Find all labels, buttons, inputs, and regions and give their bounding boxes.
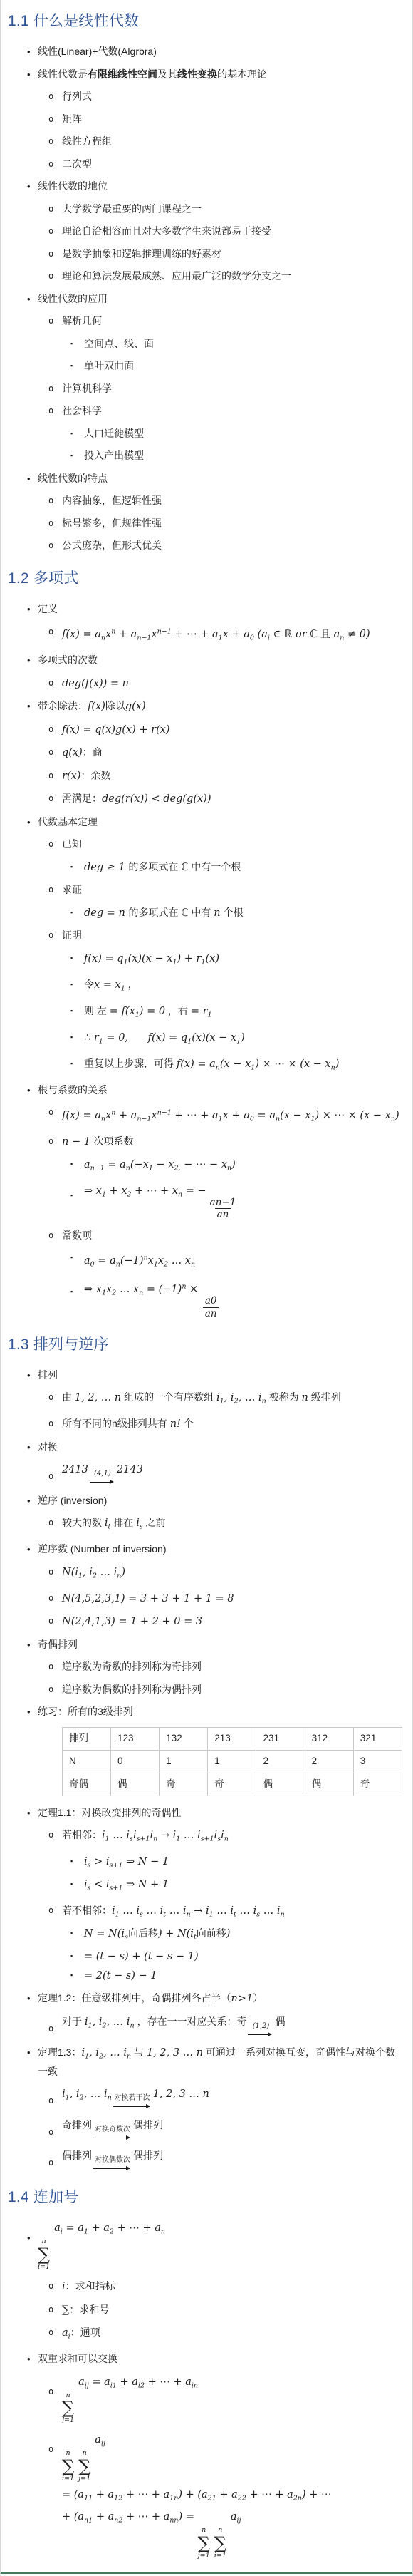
square-bullet-icon: ▪	[70, 1056, 73, 1071]
circle-bullet-icon: o	[48, 224, 53, 239]
bullet-icon: •	[27, 1440, 31, 1455]
table-cell: 1	[160, 1750, 208, 1773]
circle-bullet-icon: o	[48, 1565, 53, 1580]
math-text: ) + N(i	[158, 1928, 194, 1939]
list-item: o计算机科学	[8, 381, 402, 396]
table-cell: 排列	[63, 1727, 111, 1750]
list-item: o逆序数为奇数的排列称为奇排列	[8, 1659, 402, 1674]
math-subscript: n−1	[137, 1115, 151, 1123]
math-formula: i1, i2, … in	[85, 2016, 135, 2028]
math-text: a	[78, 2376, 85, 2388]
text: 定理1.1：对换改变排列的奇偶性	[38, 1807, 181, 1818]
bullet-icon: •	[27, 815, 31, 830]
arrow-label: 对换若干次	[113, 2094, 152, 2103]
text: 与	[131, 2046, 147, 2058]
math-formula: ∑	[62, 2304, 69, 2316]
text: ：通项	[70, 2327, 100, 2338]
circle-bullet-icon: o	[48, 1828, 53, 1843]
square-bullet-icon: ▪	[70, 1004, 73, 1019]
text: 的多项式在	[128, 907, 181, 918]
circle-bullet-icon: o	[48, 722, 53, 737]
text: 理论和算法发展最成熟、应用最广泛的数学分支之一	[62, 270, 291, 282]
text: 标号繁多，但规律性强	[62, 517, 162, 529]
math-text: x	[105, 629, 111, 640]
math-text: f(x)	[88, 701, 105, 712]
circle-bullet-icon: o	[48, 314, 53, 329]
circle-bullet-icon: o	[48, 2125, 53, 2140]
math-text: a	[95, 2434, 101, 2446]
math-text: (x − x	[220, 1058, 251, 1070]
math-formula: i1, i2, … in	[62, 2088, 112, 2100]
circle-bullet-icon: o	[48, 381, 53, 396]
text: 已知	[62, 838, 82, 850]
arrow-label: (4,1)	[93, 1470, 113, 1479]
math-text: … x	[116, 1284, 139, 1295]
table-cell: 偶	[256, 1773, 305, 1796]
math-formula: deg(r(x)) < deg(g(x))	[102, 793, 211, 805]
right-arrow-icon	[93, 2165, 132, 2172]
math-formula: is	[136, 1518, 143, 1529]
square-bullet-icon: ▪	[70, 860, 73, 875]
math-formula: = r1	[191, 1006, 212, 1017]
list-item: of(x) = anxn + an−1xn−1 + ⋯ + a1x + a0 (…	[8, 624, 402, 646]
text: 带余除法：	[38, 700, 88, 711]
text: 奇排列	[62, 2119, 92, 2131]
arrow-label: 对换偶数次	[93, 2156, 132, 2165]
math-formula: 1, 2, 3 … n	[153, 2088, 209, 2100]
list-item: ▪= (t − s) + (t − s − 1)	[8, 1949, 402, 1964]
math-text: a	[205, 1308, 211, 1319]
math-formula: 2413	[62, 1464, 88, 1475]
math-text: x	[148, 1255, 154, 1267]
circle-bullet-icon: o	[48, 493, 53, 508]
math-subscript: n	[280, 1910, 284, 1918]
math-formula: q(x)	[62, 747, 83, 758]
circle-bullet-icon: o	[48, 134, 53, 149]
math-text: ⇒ x	[84, 1284, 102, 1295]
text: 代数基本定理	[38, 816, 98, 828]
math-subscript: s+1	[110, 1862, 123, 1870]
list-item: o内容抽象，但逻辑性强	[8, 493, 402, 508]
math-text: = 2(t − s) − 1	[84, 1970, 157, 1982]
math-text: (x)(x − x	[128, 953, 173, 964]
math-formula: = (a11 + a12 + ⋯ + a1n) + (a21 + a22 + ⋯…	[62, 2489, 331, 2500]
list-item: ▪is > is+1 ⇒ N − 1	[8, 1854, 402, 1873]
list-item: o对于 i1, i2, … in ，存在一一对应关系：奇(1,2)偶	[8, 2014, 402, 2038]
list-item: •定理1.2：任意级排列中，奇偶排列各占半（n>1）	[8, 1991, 402, 2006]
math-formula: n	[214, 907, 220, 919]
math-formula: ai = a1 + a2 + ⋯ + an	[54, 2222, 165, 2234]
sigma-icon: ∑	[214, 2535, 226, 2552]
list-item: •根与系数的关系	[8, 1083, 402, 1098]
labeled-arrow: (1,2)	[248, 2022, 273, 2038]
text: 线性(Linear)+代数(Algrbra)	[38, 46, 157, 57]
math-text: … i	[260, 1905, 280, 1917]
text: 排列	[38, 1369, 58, 1381]
math-formula: is > is+1 ⇒ N − 1	[84, 1856, 169, 1867]
math-formula: = f(x1) = 0	[110, 1006, 165, 1017]
math-text: , i	[89, 2047, 99, 2059]
text: 解析几何	[62, 315, 102, 326]
text: ：商	[83, 746, 103, 758]
math-formula: aij	[95, 2434, 105, 2446]
math-text: + ⋯ + a	[172, 1110, 219, 1121]
text: 双重求和可以交换	[38, 2353, 117, 2364]
sigma-sum: n∑j=1	[198, 2527, 210, 2560]
square-bullet-icon: ▪	[70, 1030, 73, 1045]
math-subscript: ij	[237, 2517, 241, 2525]
math-formula: deg(f(x)) = n	[62, 678, 129, 689]
math-text: = (−1)	[143, 1284, 182, 1295]
list-item: oai：通项	[8, 2325, 402, 2344]
circle-bullet-icon: o	[48, 1416, 53, 1431]
math-subscript: ij	[101, 2440, 105, 2448]
list-item: ▪∴ r1 = 0, f(x) = q1(x)(x − x1)	[8, 1030, 402, 1049]
math-text: (a	[254, 629, 268, 640]
math-subscript: n−1	[137, 634, 151, 642]
list-item: o常数项	[8, 1228, 402, 1243]
table-cell: 奇偶	[63, 1773, 111, 1796]
math-formula: n!	[170, 1418, 181, 1430]
list-item: o矩阵	[8, 112, 402, 127]
math-text: x + a	[223, 1110, 250, 1121]
square-bullet-icon: ▪	[70, 336, 73, 351]
math-text: n − 1	[62, 1136, 94, 1148]
sigma-sum: n∑j=1	[78, 2450, 90, 2483]
math-subscript: 0	[211, 1295, 217, 1307]
list-item: ▪⇒ x1 + x2 + ⋯ + xn = −an−1an	[8, 1183, 402, 1220]
math-text: + a	[216, 2489, 238, 2500]
math-text: − x	[153, 1159, 174, 1170]
list-item: •线性(Linear)+代数(Algrbra)	[8, 44, 402, 59]
math-text: … i	[110, 1830, 130, 1841]
sigma-icon: ∑	[78, 2458, 90, 2475]
table-cell: 123	[110, 1727, 159, 1750]
math-superscript: n−1	[157, 1108, 172, 1116]
right-arrow-icon	[93, 2135, 132, 2141]
math-text: + a	[88, 2222, 110, 2234]
math-text: q(x)	[62, 747, 83, 758]
list-item: o由 1, 2, … n 组成的一个有序数组 i1, i2, … in 被称为 …	[8, 1390, 402, 1409]
bullet-icon: •	[27, 653, 31, 668]
math-text: → i	[191, 1905, 209, 1917]
text: 逆序数为奇数的排列称为奇排列	[62, 1661, 202, 1672]
bottom-border-bar	[1, 2572, 412, 2574]
list-item: •线性代数的应用	[8, 292, 402, 306]
list-item: on∑j=1aij = ai1 + ai2 + ⋯ + ain	[8, 2374, 402, 2425]
circle-bullet-icon: o	[48, 1515, 53, 1530]
section-heading: 1.1 什么是线性代数	[8, 11, 402, 31]
math-subscript: n	[224, 1835, 229, 1843]
square-bullet-icon: ▪	[70, 1968, 73, 1983]
math-formula: ) + N(it	[158, 1928, 197, 1939]
math-text: , i	[70, 2088, 80, 2100]
math-text: n	[301, 1392, 308, 1403]
text: 内容抽象，但逻辑性强	[62, 495, 162, 506]
text: 常数项	[62, 1230, 92, 1241]
math-text: … i	[214, 1905, 234, 1917]
circle-bullet-icon: o	[48, 1682, 53, 1697]
text: 重复以上步骤，可得	[84, 1058, 177, 1069]
math-formula: + (an1 + an2 + ⋯ + ann) =	[62, 2511, 198, 2523]
math-text: ∴ r	[84, 1032, 99, 1044]
list-item: •线性代数的特点	[8, 471, 402, 486]
text: 对换	[38, 1441, 58, 1453]
text: 中有一个根	[188, 861, 241, 872]
permutation-table: 排列123132213231312321N011223奇偶偶奇奇偶偶奇	[62, 1727, 402, 1796]
labeled-arrow: 对换若干次	[113, 2094, 152, 2110]
math-subscript: n	[223, 1209, 229, 1220]
math-text: + a	[117, 2376, 138, 2388]
math-text: + a	[115, 1110, 137, 1121]
math-formula: N = N(is	[84, 1928, 128, 1939]
text: 除以	[105, 700, 125, 711]
circle-bullet-icon: o	[48, 1228, 53, 1243]
math-text: g(x)	[125, 701, 146, 712]
math-subscript: s+1	[110, 1884, 123, 1892]
list-item: ▪⇒ x1x2 … xn = (−1)n × a0an	[8, 1279, 402, 1319]
text: 次项系数	[94, 1135, 134, 1147]
math-text: a	[210, 1197, 216, 1208]
math-formula: n>1	[231, 1993, 253, 2004]
list-item: •定义	[8, 602, 402, 617]
text: 向后移	[128, 1927, 158, 1939]
math-text: ) + ⋯	[302, 2489, 332, 2500]
circle-bullet-icon: o	[48, 403, 53, 418]
text: 及其	[157, 68, 177, 80]
math-text: = a	[254, 1110, 276, 1121]
math-subscript: n	[211, 1308, 217, 1319]
math-formula: )	[226, 1928, 231, 1939]
list-item: on∑i=1n∑j=1aij= (a11 + a12 + ⋯ + a1n) + …	[8, 2432, 402, 2560]
math-formula: i1 … isis+1in → i1 … is+1isin	[102, 1830, 229, 1841]
right-arrow-icon	[113, 2103, 152, 2110]
text: 逆序数 (Number of inversion)	[38, 1543, 167, 1555]
bullet-icon: •	[27, 179, 31, 194]
circle-bullet-icon: o	[48, 1469, 53, 1484]
list-item: o线性方程组	[8, 134, 402, 149]
math-formula: N(4,5,2,3,1) = 3 + 3 + 1 + 1 = 8	[62, 1593, 234, 1604]
math-text: + ⋯ + a	[145, 2376, 192, 2388]
text: 计算机科学	[62, 383, 112, 394]
circle-bullet-icon: o	[48, 1903, 53, 1918]
math-subscript: i2	[138, 2381, 145, 2389]
bullet-icon: •	[27, 1493, 31, 1508]
math-text: )	[231, 1159, 236, 1170]
table-cell: 偶	[305, 1773, 353, 1796]
list-item: o证明	[8, 928, 402, 943]
list-item: o逆序数为偶数的排列称为偶排列	[8, 1682, 402, 1697]
list-item: o求证	[8, 882, 402, 897]
circle-bullet-icon: o	[48, 676, 53, 691]
math-text: N(i	[62, 1567, 78, 1578]
text: 人口迁徙模型	[84, 428, 144, 439]
math-formula: i1, i2, … in	[81, 2047, 131, 2059]
circle-bullet-icon: o	[48, 837, 53, 852]
list-item: •带余除法：f(x)除以g(x)	[8, 699, 402, 714]
table-cell: 3	[353, 1750, 402, 1773]
formula-line: = (a11 + a12 + ⋯ + a1n) + (a21 + a22 + ⋯…	[62, 2487, 402, 2506]
math-text: x	[105, 1110, 111, 1121]
square-bullet-icon: ▪	[70, 977, 73, 992]
math-text: ) × ⋯ × (x − x	[255, 1058, 330, 1070]
list-item: oN(i1, i2 … in)	[8, 1565, 402, 1584]
math-text: 1, 2, … n	[75, 1392, 121, 1403]
circle-bullet-icon: o	[48, 928, 53, 943]
math-text: + ⋯ + x	[132, 1185, 178, 1197]
math-subscript: 22	[238, 2494, 246, 2502]
table-cell: 0	[110, 1750, 159, 1773]
list-item: o是数学抽象和逻辑推理训练的好素材	[8, 247, 402, 262]
math-text: )	[241, 1032, 245, 1044]
circle-bullet-icon: o	[48, 2093, 53, 2108]
list-item: •线性代数的地位	[8, 179, 402, 194]
sigma-lower-limit: j=1	[198, 2552, 210, 2560]
list-item: ▪deg ≥ 1 的多项式在 ℂ 中有一个根	[8, 860, 402, 875]
math-text: N(2,4,1,3) = 1 + 2 + 0 = 3	[62, 1616, 202, 1627]
math-text: , i	[83, 1567, 93, 1578]
math-text: … i	[180, 1830, 200, 1841]
text: 投入产出模型	[84, 450, 144, 461]
math-text: + a	[115, 629, 137, 640]
list-item: of(x) = anxn + an−1xn−1 + ⋯ + a1x + a0 =…	[8, 1105, 402, 1126]
list-item: •逆序 (inversion)	[8, 1493, 402, 1508]
text: 练习：所有的3级排列	[38, 1706, 133, 1717]
sigma-lower-limit: j=1	[62, 2417, 74, 2425]
table-row: 排列123132213231312321	[63, 1727, 402, 1750]
math-text: )	[335, 1058, 340, 1070]
text: 矩阵	[62, 113, 82, 125]
math-text: … i	[166, 1905, 186, 1917]
text: 排在	[110, 1517, 136, 1528]
formula-line: n∑i=1n∑j=1aij	[62, 2432, 402, 2483]
sigma-sum: n∑i=1	[62, 2450, 74, 2483]
sigma-icon: ∑	[38, 2246, 50, 2263]
math-text: … i	[143, 1905, 163, 1917]
text: 行列式	[62, 91, 92, 102]
list-item: o偶排列对换偶数次偶排列	[8, 2148, 402, 2172]
text: 偶	[275, 2016, 285, 2027]
square-bullet-icon: ▪	[70, 359, 73, 373]
text: ：求和号	[69, 2304, 109, 2315]
math-text: x + a	[223, 629, 250, 640]
circle-bullet-icon: o	[48, 202, 53, 217]
list-item: on − 1 次项系数	[8, 1134, 402, 1150]
bullet-icon: •	[27, 2045, 31, 2060]
circle-bullet-icon: o	[48, 112, 53, 127]
list-item: ▪重复以上步骤，可得 f(x) = an(x − x1) × ⋯ × (x − …	[8, 1056, 402, 1076]
table-cell: 1	[208, 1750, 256, 1773]
math-text: ⇒ x	[84, 1185, 102, 1197]
math-text: x	[158, 1255, 164, 1267]
text: 则 左	[84, 1005, 110, 1016]
list-item: ▪则 左 = f(x1) = 0 ，右 = r1	[8, 1004, 402, 1023]
math-formula: deg ≥ 1	[84, 862, 128, 873]
math-text: , … i	[239, 1392, 262, 1403]
math-subscript: n	[191, 1260, 195, 1268]
document-content: 1.1 什么是线性代数•线性(Linear)+代数(Algrbra)•线性代数是…	[8, 11, 402, 2560]
math-text: deg ≥ 1	[84, 862, 128, 873]
text: 对于	[62, 2016, 85, 2027]
math-text: 1, 2, 3 … n	[153, 2088, 209, 2100]
math-text: a	[205, 1295, 211, 1307]
math-text: f(x) = q(x)g(x) + r(x)	[62, 724, 170, 736]
math-text: + ⋯ + a	[172, 629, 219, 640]
text: ，右	[165, 1005, 191, 1016]
math-text: 2143	[117, 1464, 143, 1475]
sigma-sum: n∑i=1	[38, 2238, 50, 2271]
math-text: a	[231, 2511, 237, 2523]
math-formula: a0 = an(−1)nx1x2 … xn	[84, 1255, 195, 1267]
text: 线性方程组	[62, 135, 112, 147]
bold-text: 有限维线性空间	[88, 68, 157, 80]
list-item: o理论和算法发展最成熟、应用最广泛的数学分支之一	[8, 269, 402, 284]
math-text: a	[84, 1255, 90, 1267]
math-text: (−x	[130, 1159, 149, 1170]
math-text: = a	[89, 2376, 110, 2388]
square-bullet-icon: ▪	[70, 426, 73, 441]
math-text: ) + (a	[178, 2489, 207, 2500]
text: 求证	[62, 884, 82, 895]
labeled-arrow: 对换偶数次	[93, 2156, 132, 2172]
math-text: f(x) = a	[62, 629, 101, 640]
math-subscript: s+1	[201, 1835, 214, 1843]
square-bullet-icon: ▪	[70, 1949, 73, 1964]
text: 大学数学最重要的两门课程之一	[62, 203, 202, 215]
sigma-icon: ∑	[62, 2458, 74, 2475]
text: 奇偶排列	[38, 1639, 78, 1650]
formula-line: + (an1 + an2 + ⋯ + ann) = n∑j=1n∑i=1aij	[62, 2509, 402, 2560]
list-item: oN(2,4,1,3) = 1 + 2 + 0 = 3	[8, 1614, 402, 1629]
text: 是数学抽象和逻辑推理训练的好素材	[62, 248, 221, 259]
list-item: oi1, i2, … in对换若干次1, 2, 3 … n	[8, 2086, 402, 2110]
bullet-icon: •	[27, 67, 31, 82]
math-text: 2413	[62, 1464, 88, 1475]
fraction: a0an	[203, 1295, 219, 1319]
math-text: x = x	[94, 979, 121, 991]
bullet-icon: •	[27, 1368, 31, 1383]
math-text: r(x)	[62, 771, 80, 782]
math-text: , i	[224, 1392, 234, 1403]
text: 偶排列	[133, 2119, 163, 2131]
text: 的多项式在	[128, 861, 181, 872]
math-text: < i	[91, 1879, 110, 1890]
arrow-label: (1,2)	[251, 2022, 271, 2031]
circle-bullet-icon: o	[48, 2384, 53, 2399]
list-item: o需满足：deg(r(x)) < deg(g(x))	[8, 791, 402, 807]
text: ：余数	[80, 770, 110, 781]
square-bullet-icon: ▪	[70, 1877, 73, 1892]
text: ）	[253, 1992, 263, 2004]
math-text: + ⋯ + a	[122, 2511, 169, 2523]
math-subscript: 11	[84, 2494, 93, 2502]
document-page: 1.1 什么是线性代数•线性(Linear)+代数(Algrbra)•线性代数是…	[0, 0, 413, 2576]
math-text: ×	[186, 1284, 201, 1295]
list-item: o二次型	[8, 157, 402, 172]
table-cell: 奇	[208, 1773, 256, 1796]
list-item: odeg(f(x)) = n	[8, 676, 402, 691]
text: ，存在一一对应关系：奇	[135, 2016, 247, 2027]
list-item: o解析几何	[8, 314, 402, 329]
math-text: ≠ 0)	[344, 629, 370, 640]
bold-text: 线性变换	[177, 68, 217, 80]
math-formula: f(x) = q1(x)(x − x1) + r1(x)	[84, 953, 219, 964]
text: 由	[62, 1391, 75, 1403]
list-item: •排列	[8, 1368, 402, 1383]
section-heading: 1.3 排列与逆序	[8, 1335, 402, 1355]
math-text: x	[151, 629, 157, 640]
math-formula: deg = n	[84, 907, 128, 919]
